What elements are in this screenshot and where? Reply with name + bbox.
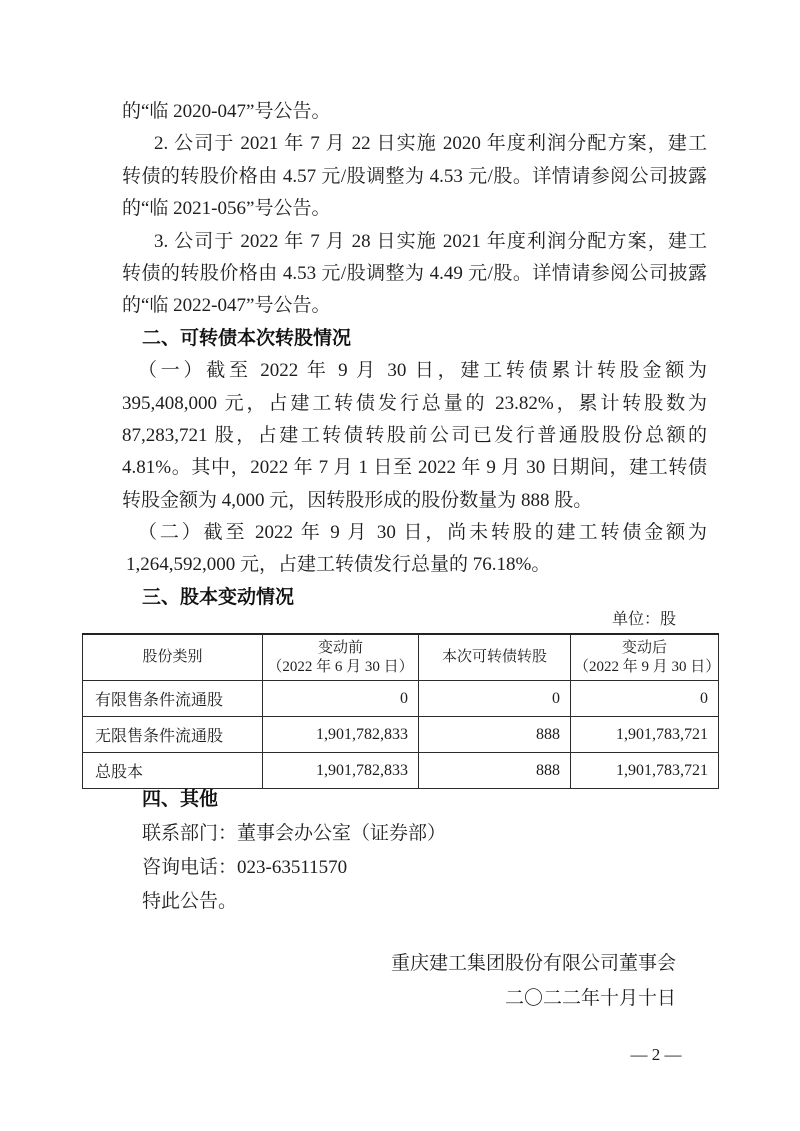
table-cell: 0 — [571, 681, 719, 717]
table-header-row: 股份类别变动前（2022 年 6 月 30 日）本次可转债转股变动后（2022 … — [83, 634, 719, 681]
unit-note: 单位：股 — [82, 608, 718, 632]
page-number: — 2 — — [596, 1044, 716, 1066]
document-line: 87,283,721 股，占建工转债转股前公司已发行普通股股份总额的 — [122, 420, 707, 452]
document-line: 的“临 2022-047”号公告。 — [122, 290, 707, 322]
document-line: 3. 公司于 2022 年 7 月 28 日实施 2021 年度利润分配方案，建… — [122, 226, 707, 258]
document-page: 的“临 2020-047”号公告。2. 公司于 2021 年 7 月 22 日实… — [0, 0, 800, 1131]
document-line: （二）截至 2022 年 9 月 30 日，尚未转股的建工转债金额为 — [122, 517, 707, 549]
table-cell: 0 — [419, 681, 571, 717]
signature-block: 重庆建工集团股份有限公司董事会 二〇二二年十月十日 — [391, 946, 676, 1016]
document-line: 2. 公司于 2021 年 7 月 22 日实施 2020 年度利润分配方案，建… — [122, 128, 707, 160]
table-header-cell: 本次可转债转股 — [419, 634, 571, 681]
signature-company: 重庆建工集团股份有限公司董事会 — [391, 946, 676, 981]
document-line: 特此公告。 — [122, 885, 707, 919]
table-cell: 0 — [263, 681, 419, 717]
table-header-cell: 变动前（2022 年 6 月 30 日） — [263, 634, 419, 681]
document-line: 转股金额为 4,000 元，因转股形成的股份数量为 888 股。 — [122, 485, 707, 517]
document-line: 转债的转股价格由 4.53 元/股调整为 4.49 元/股。详情请参阅公司披露 — [122, 258, 707, 290]
document-line: 联系部门：董事会办公室（证券部） — [122, 817, 707, 851]
section-heading: 四、其他 — [122, 783, 707, 817]
table-header-cell: 股份类别 — [83, 634, 263, 681]
document-line: 4.81%。其中，2022 年 7 月 1 日至 2022 年 9 月 30 日… — [122, 452, 707, 484]
document-line: 的“临 2020-047”号公告。 — [122, 96, 707, 128]
document-line: 395,408,000 元，占建工转债发行总量的 23.82%，累计转股数为 — [122, 388, 707, 420]
table-cell: 无限售条件流通股 — [83, 717, 263, 753]
section-heading: 二、可转债本次转股情况 — [122, 323, 707, 355]
table-cell: 1,901,783,721 — [571, 717, 719, 753]
table-row: 无限售条件流通股1,901,782,8338881,901,783,721 — [83, 717, 719, 753]
document-line: 转债的转股价格由 4.57 元/股调整为 4.53 元/股。详情请参阅公司披露 — [122, 161, 707, 193]
document-line: 1,264,592,000 元，占建工转债发行总量的 76.18%。 — [122, 549, 707, 581]
document-line: （一）截至 2022 年 9 月 30 日，建工转债累计转股金额为 — [122, 355, 707, 387]
document-body: 的“临 2020-047”号公告。2. 公司于 2021 年 7 月 22 日实… — [122, 96, 707, 614]
document-line: 的“临 2021-056”号公告。 — [122, 193, 707, 225]
table-row: 有限售条件流通股000 — [83, 681, 719, 717]
table-header-cell: 变动后（2022 年 9 月 30 日） — [571, 634, 719, 681]
share-change-table: 股份类别变动前（2022 年 6 月 30 日）本次可转债转股变动后（2022 … — [82, 633, 719, 789]
table-cell: 有限售条件流通股 — [83, 681, 263, 717]
document-footer: 四、其他联系部门：董事会办公室（证券部）咨询电话：023-63511570特此公… — [122, 783, 707, 919]
signature-date: 二〇二二年十月十日 — [391, 981, 676, 1016]
table-cell: 888 — [419, 717, 571, 753]
document-line: 咨询电话：023-63511570 — [122, 851, 707, 885]
table-cell: 1,901,782,833 — [263, 717, 419, 753]
